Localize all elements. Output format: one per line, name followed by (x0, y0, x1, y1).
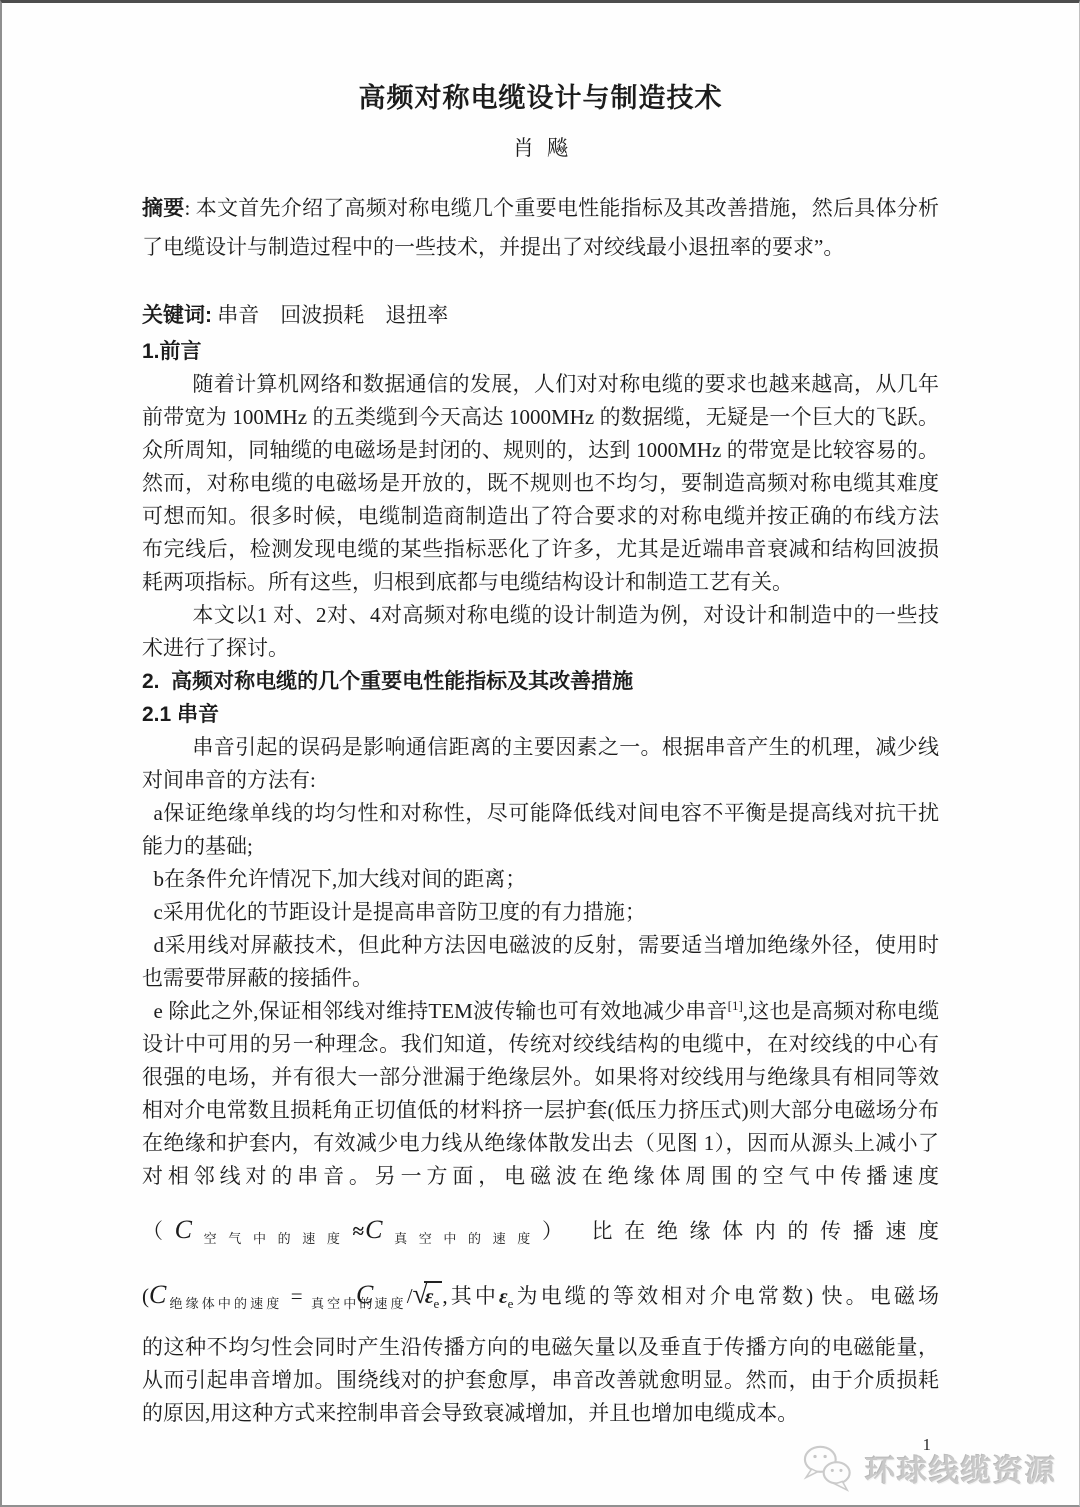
section-1-heading: 1.前言 (142, 335, 939, 368)
epsilon-symbol-2: ε (499, 1284, 508, 1308)
epsilon-subscript: e (434, 1296, 440, 1311)
closing-paragraph: 的这种不均匀性会同时产生沿传播方向的电磁矢量以及垂直于传播方向的电磁能量，从而引… (142, 1331, 939, 1430)
paren-close: ） (542, 1219, 575, 1243)
subscript-speed: 速度 (371, 1296, 406, 1311)
citation-ref: [1] (728, 998, 743, 1013)
square-root: √εe (413, 1284, 443, 1308)
formula-line-1: （C空气中的速度≈C真空中的速度） 比在绝缘体内的传播速度 (142, 1209, 939, 1252)
list-item-e: e 除此之外,保证相邻线对维持TEM波传输也可有效地减少串音[1],这也是高频对… (142, 995, 939, 1193)
formula-1-expression: （C空气中的速度≈C真空中的速度） (142, 1219, 575, 1243)
subscript-air-speed: 空气中的速度 (192, 1231, 352, 1246)
item-e-text: e 除此之外,保证相邻线对维持TEM波传输也可有效地减少串音 (154, 999, 728, 1023)
epsilon-symbol: ε (425, 1284, 434, 1308)
paren-open: ( (142, 1284, 149, 1308)
subscript-vacuum-speed: 真空中的速度 (382, 1231, 542, 1246)
radicand: εe (424, 1281, 442, 1308)
document-page: 高频对称电缆设计与制造技术 肖 飚 摘要: 本文首先介绍了高频对称电缆几个重要电… (0, 0, 1080, 1507)
watermark: 环球线缆资源 (799, 1443, 1057, 1493)
list-item-c: c采用优化的节距设计是提高串音防卫度的有力措施； (142, 896, 939, 929)
equals-symbol: = (282, 1284, 311, 1308)
keywords-text: 串音 回波损耗 退扭率 (212, 303, 448, 327)
section-1-paragraph-2: 本文以1 对、2对、4对高频对称电缆的设计制造为例，对设计和制造中的一些技术进行… (142, 599, 939, 665)
abstract-paragraph: 摘要: 本文首先介绍了高频对称电缆几个重要电性能指标及其改善措施，然后具体分析了… (142, 189, 939, 266)
section-2-1-heading: 2.1 串音 (142, 698, 939, 731)
formula-1-tail-text: 比在绝缘体内的传播速度 (592, 1219, 939, 1243)
document-title: 高频对称电缆设计与制造技术 (142, 79, 939, 117)
page-content: 高频对称电缆设计与制造技术 肖 飚 摘要: 本文首先介绍了高频对称电缆几个重要电… (2, 3, 1079, 1430)
formula-2-mid-text: ,其中 (442, 1284, 499, 1308)
list-item-d: d采用线对屏蔽技术，但此种方法因电磁波的反射，需要适当增加绝缘外径，使用时也需要… (142, 929, 939, 995)
paren-open: （ (142, 1219, 175, 1243)
wechat-icon (799, 1443, 857, 1493)
section-1-paragraph-1: 随着计算机网络和数据通信的发展，人们对对称电缆的要求也越来越高，从几年前带宽为 … (142, 368, 939, 599)
formula-2-expression: (C绝缘体中的速度 = 真空中的C速度/√εe (142, 1284, 442, 1308)
keywords-label: 关键词: (142, 304, 212, 327)
formula-2-after-text: 为电缆的等效相对介电常数) (513, 1284, 813, 1308)
symbol-c-insulation: C (149, 1280, 166, 1309)
symbol-c-air: C (175, 1215, 192, 1244)
keywords-line: 关键词: 串音 回波损耗 退扭率 (142, 296, 939, 335)
section-2-heading: 2. 高频对称电缆的几个重要电性能指标及其改善措施 (142, 665, 939, 698)
formula-line-2: (C绝缘体中的速度 = 真空中的C速度/√εe,其中εe为电缆的等效相对介电常数… (142, 1272, 939, 1319)
formula-2-tail-text: 快。电磁场 (821, 1284, 939, 1308)
approx-symbol: ≈ (352, 1219, 366, 1243)
item-e-text-continued: ,这也是高频对称电缆设计中可用的另一种理念。我们知道，传统对绞线结构的电缆中，在… (142, 999, 939, 1188)
section-2-1-paragraph-1: 串音引起的误码是影响通信距离的主要因素之一。根据串音产生的机理，减少线对间串音的… (142, 731, 939, 797)
symbol-c-vacuum: C (365, 1215, 382, 1244)
list-item-b: b在条件允许情况下,加大线对间的距离； (142, 863, 939, 896)
abstract-text: : 本文首先介绍了高频对称电缆几个重要电性能指标及其改善措施，然后具体分析了电缆… (142, 196, 939, 259)
author-name: 肖 飚 (142, 133, 939, 163)
abstract-label: 摘要 (142, 197, 184, 220)
subscript-insulation-speed: 绝缘体中的速度 (166, 1296, 282, 1311)
list-item-a: a保证绝缘单线的均匀性和对称性，尽可能降低线对间电容不平衡是提高线对抗干扰能力的… (142, 797, 939, 863)
watermark-text: 环球线缆资源 (865, 1446, 1057, 1490)
